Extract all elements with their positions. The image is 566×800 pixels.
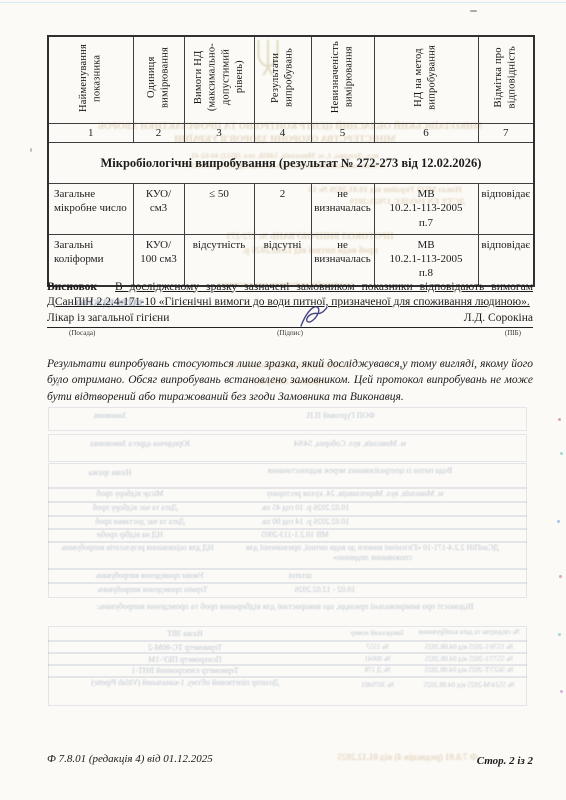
table-cell-method: МВ 10.2.1-113-2005 п.7 <box>374 184 478 235</box>
signature-block: Лікар із загальної гігієни Л.Д. Сорокіна… <box>47 310 533 344</box>
name-caption: (ПІБ) <box>505 329 521 337</box>
ghost-text-line: № 5627/Т-2025 від 04.08.2025 <box>415 666 523 675</box>
page-number: Стор. 2 із 2 <box>477 755 533 767</box>
ghost-text-line: Термін проведення випробувань <box>55 585 250 595</box>
header-label: НД на метод випробування <box>412 45 439 110</box>
ghost-text-line: Назва ЗВТ <box>60 629 310 639</box>
ghost-text-line: Дата та час доставки проб <box>55 517 225 527</box>
ghost-text-line: № 00041 <box>330 655 425 664</box>
ghost-text-line: № 1570/1-2025 від 04.08.2025 <box>415 643 523 652</box>
ghost-text-line: № 1557 <box>330 643 425 652</box>
column-number: 1 <box>48 124 133 143</box>
form-code: Ф 7.8.01 (редакція 4) від 01.12.2025 <box>47 753 213 765</box>
signature-icon <box>293 300 337 330</box>
header-cell: НД на метод випробування <box>374 36 478 124</box>
table-cell-unit: КУО/ см3 <box>133 184 184 235</box>
header-cell: Відмітка про відповідність <box>478 36 534 124</box>
header-label: Невизначеність вимірювання <box>329 41 356 113</box>
column-number: 2 <box>133 124 184 143</box>
ghost-text-line: Термометр електронний ВНТ-1 <box>60 666 310 676</box>
conclusion-text: В дослідженому зразку зазначені замовник… <box>47 281 533 309</box>
conclusion-paragraph: ВисновокВ дослідженому зразку зазначені … <box>47 280 533 311</box>
ghost-text-line: МВ 10.2.1-113-2005 <box>210 530 380 540</box>
table-row: Загальні коліформи КУО/ 100 см3 відсутні… <box>48 234 534 285</box>
ghost-text-line: ДСанПіН 2.2.4-171-10 «Гігієнічні вимоги … <box>225 543 520 563</box>
ghost-text-line: Термометр ТС-80М-2 <box>60 643 310 653</box>
header-cell: Вимоги НД (максимально- допустимий рівен… <box>184 36 254 124</box>
ghost-text-line: штатні <box>255 571 345 581</box>
section-title: Мікробіологічні випробування (результат … <box>48 143 534 184</box>
ghost-text-line: м. Миколаїв, вул. Соборна, 54/64 <box>235 439 465 449</box>
conclusion-label: Висновок <box>47 281 97 293</box>
table-cell-limit: відсутність <box>184 234 254 285</box>
ghost-text-line: ФОП Гуртовий П.П. <box>250 411 430 421</box>
ghost-text-line: 10.02 - 12.02.2026 <box>255 585 395 595</box>
column-number: 7 <box>478 124 534 143</box>
ghost-text-line: Умови проведення випробувань <box>55 571 245 581</box>
ghost-text-line: № свідоцтва та дата калібрування <box>415 628 523 637</box>
table-cell-indicator: Загальні коліформи <box>48 234 133 285</box>
table-cell-method: МВ 10.2.1-113-2005 п.8 <box>374 234 478 285</box>
header-cell: Результати випробувань <box>254 36 311 124</box>
table-cell-limit: ≤ 50 <box>184 184 254 235</box>
header-label: Одиниця вимірювання <box>145 47 172 108</box>
table-cell-unit: КУО/ 100 см3 <box>133 234 184 285</box>
lab-protocol-page: МИКОЛАЇВСЬКИЙ ОБЛАСНИЙ ЦЕНТР КОНТРОЛЮ ТА… <box>0 0 566 800</box>
ghost-text-line: Назва зразка <box>55 468 165 478</box>
header-label: Відмітка про відповідність <box>492 46 519 108</box>
signer-position: Лікар із загальної гігієни <box>47 312 169 324</box>
ghost-text-line: Дозатор піпетковий об'єму, 1-канальний (… <box>60 678 310 688</box>
table-cell-conformity: відповідає <box>478 234 534 285</box>
column-number: 5 <box>311 124 374 143</box>
signer-name: Л.Д. Сорокіна <box>464 312 533 324</box>
table-cell-uncertainty: не визначалась <box>311 184 374 235</box>
ghost-text-line: 10.02.2026 р. 14 год 00 хв. <box>210 517 400 527</box>
table-cell-result: відсутні <box>254 234 311 285</box>
ghost-text-line: Замовник <box>55 411 165 421</box>
column-number: 4 <box>254 124 311 143</box>
ghost-text-line: № Д 178 <box>330 666 425 675</box>
ghost-text-line: 10.02.2026 р. 10 год 45 хв. <box>210 503 400 513</box>
ghost-text-line: м. Миколаїв, вул. Мореплавців, 24, кухня… <box>205 489 505 499</box>
column-number: 6 <box>374 124 478 143</box>
table-cell-indicator: Загальне мікробне число <box>48 184 133 235</box>
column-number: 3 <box>184 124 254 143</box>
disclaimer-paragraph: Результати випробувань стосуються лише з… <box>47 356 533 406</box>
ghost-text-line: Відомості про вимірювальні прилади, що в… <box>60 601 510 612</box>
header-label: Найменування показника <box>77 44 104 112</box>
ghost-text-line: № 5524/М-2025 від 04.08.2025 <box>415 681 523 690</box>
position-caption: (Посада) <box>69 329 95 337</box>
header-cell: Найменування показника <box>48 36 133 124</box>
signature-rule-line <box>47 327 533 328</box>
header-label: Вимоги НД (максимально- допустимий рівен… <box>192 43 247 111</box>
sign-caption: (Підпис) <box>277 329 303 337</box>
ghost-text-line: Заводський номер <box>330 629 425 638</box>
ghost-text-line: Вода питна із централізованих мереж водо… <box>215 466 505 476</box>
ghost-text-line: Юридична адреса Замовника <box>55 439 225 449</box>
ghost-text-line: № 5577/1-2025 від 04.08.2025 <box>415 655 523 664</box>
table-cell-uncertainty: не визначалась <box>311 234 374 285</box>
results-table: Найменування показника Одиниця вимірюван… <box>47 35 535 287</box>
table-row: Загальне мікробне число КУО/ см3 ≤ 50 2 … <box>48 184 534 235</box>
table-cell-result: 2 <box>254 184 311 235</box>
table-header-row: Найменування показника Одиниця вимірюван… <box>48 36 534 124</box>
header-cell: Одиниця вимірювання <box>133 36 184 124</box>
ghost-text-line: Місце відбору проб <box>55 489 205 499</box>
column-number-row: 1 2 3 4 5 6 7 <box>48 124 534 143</box>
ghost-text-line: НД на відбір проби <box>55 530 205 540</box>
header-label: Результати випробувань <box>269 48 296 107</box>
ghost-text-line: Психрометр ПБУ-1М <box>60 655 310 665</box>
section-title-row: Мікробіологічні випробування (результат … <box>48 143 534 184</box>
ghost-text-line: НД для оцінювання результатів випробуван… <box>55 543 220 553</box>
ghost-text-line: Дата та час відбору проб <box>55 503 215 513</box>
header-cell: Невизначеність вимірювання <box>311 36 374 124</box>
table-cell-conformity: відповідає <box>478 184 534 235</box>
ghost-text-line: № 3070401 <box>330 681 425 690</box>
